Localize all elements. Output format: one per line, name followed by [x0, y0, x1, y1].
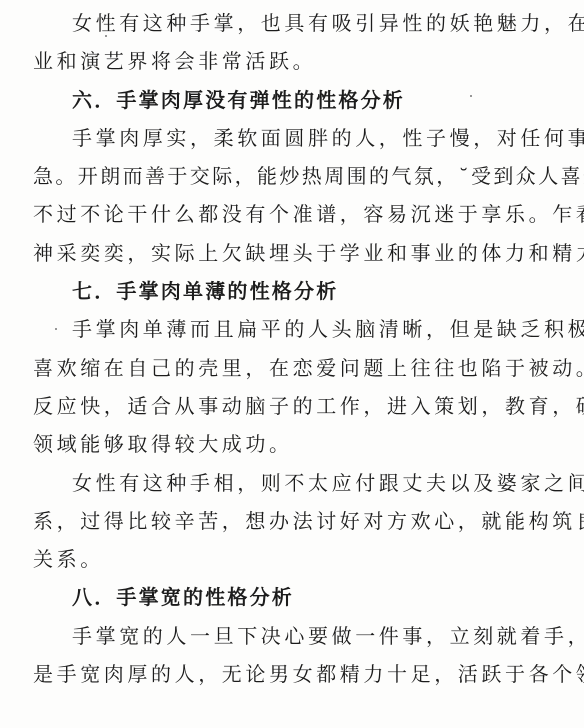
paragraph-line: 不过不论干什么都没有个准谱，容易沉迷于享乐。乍看之下 — [33, 195, 539, 233]
section-heading-7: 七．手掌肉单薄的性格分析 — [33, 272, 539, 310]
paragraph-line: 急。开朗而善于交际，能炒热周围的气氛，˘受到众人喜爱， — [33, 157, 539, 195]
paragraph-line: 反应快，适合从事动脑子的工作，进入策划，教育，研究等 — [33, 387, 539, 425]
paragraph-line: 手掌宽的人一旦下决心要做一件事，立刻就着手，尤其 — [33, 617, 539, 655]
paragraph-line: 领域能够取得较大成功。 — [33, 425, 539, 463]
scan-speck — [55, 328, 57, 330]
scan-speck — [105, 35, 107, 37]
section-heading-6: 六．手掌肉厚没有弹性的性格分析 — [33, 81, 539, 119]
paragraph-line: 女性有这种手掌，也具有吸引异性的妖艳魅力，在服务 — [33, 4, 539, 42]
section-heading-8: 八．手掌宽的性格分析 — [33, 578, 539, 616]
paragraph-line: 喜欢缩在自己的壳里，在恋爱问题上往往也陷于被动。大脑 — [33, 349, 539, 387]
paragraph-line: 是手宽肉厚的人，无论男女都精力十足，活跃于各个领域当 — [33, 655, 539, 693]
book-page: 女性有这种手掌，也具有吸引异性的妖艳魅力，在服务 业和演艺界将会非常活跃。 六．… — [33, 4, 539, 693]
paragraph-line: 神采奕奕，实际上欠缺埋头于学业和事业的体力和精力。 — [33, 234, 539, 272]
paragraph-line: 手掌肉单薄而且扁平的人头脑清晰，但是缺乏积极性。 — [33, 310, 539, 348]
paragraph-line: 女性有这种手相，则不太应付跟丈夫以及婆家之间的关 — [33, 464, 539, 502]
paragraph-line: 业和演艺界将会非常活跃。 — [33, 42, 539, 80]
paragraph-line: 手掌肉厚实，柔软面圆胖的人，性子慢，对任何事都不 — [33, 119, 539, 157]
scan-speck — [470, 95, 472, 97]
paragraph-line: 关系。 — [33, 540, 539, 578]
paragraph-line: 系，过得比较辛苦，想办法讨好对方欢心，就能构筑良好的 — [33, 502, 539, 540]
